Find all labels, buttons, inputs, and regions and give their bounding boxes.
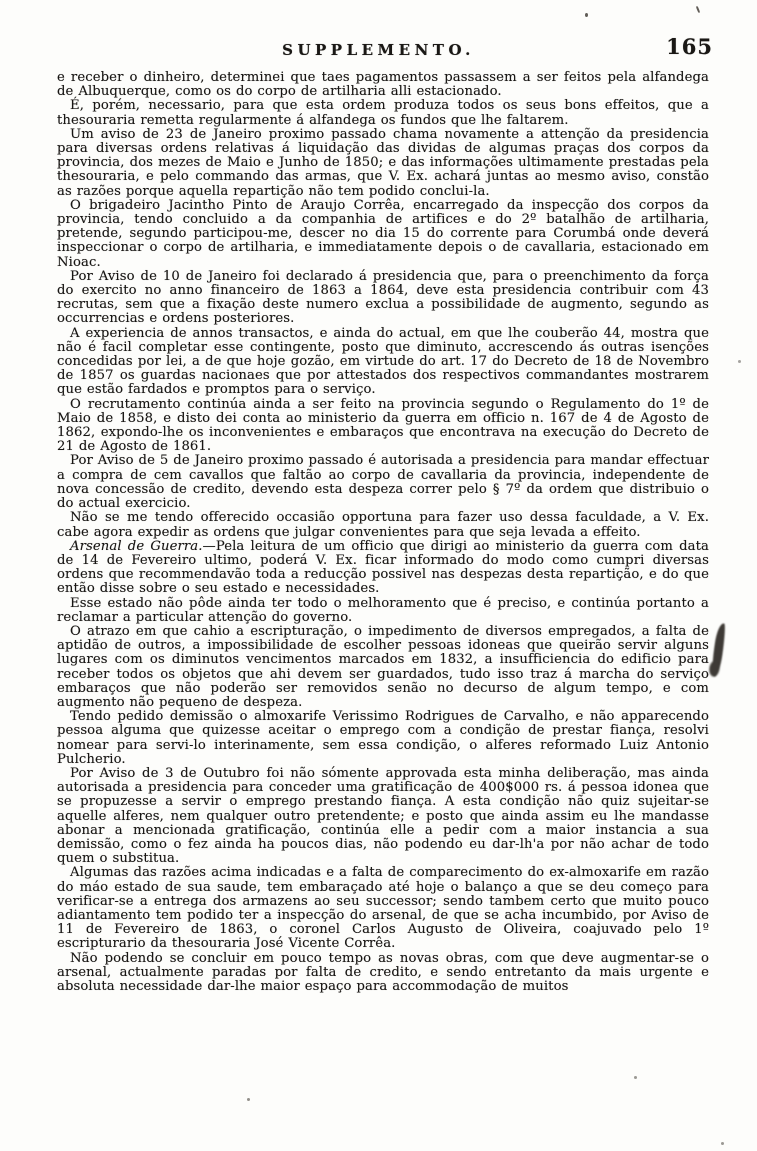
paragraph: e receber o dinheiro, determinei que tae… [57, 71, 709, 99]
paragraph: É, porém, necessario, para que esta orde… [57, 99, 709, 127]
paragraph: O atrazo em que cahio a escripturação, o… [57, 625, 709, 710]
paragraph: Tendo pedido demissão o almoxarife Veris… [57, 710, 709, 767]
ink-speck [634, 1076, 637, 1079]
paragraph: Não podendo se concluir em pouco tempo a… [57, 952, 709, 995]
paragraph: Por Aviso de 3 de Outubro foi não sóment… [57, 767, 709, 866]
paragraph: Por Aviso de 10 de Janeiro foi declarado… [57, 270, 709, 327]
paragraph: Arsenal de Guerra.—Pela leitura de um of… [57, 540, 709, 597]
paragraph-lead-italic: Arsenal de Guerra. [70, 539, 203, 554]
ink-speck [247, 1098, 250, 1101]
paragraph: Um aviso de 23 de Janeiro proximo passad… [57, 128, 709, 199]
ink-smudge [710, 623, 726, 678]
paragraph: O recrutamento continúa ainda a ser feit… [57, 398, 709, 455]
text-column: e receber o dinheiro, determinei que tae… [57, 71, 709, 994]
page-number: 165 [666, 34, 713, 59]
paragraph: O brigadeiro Jacintho Pinto de Araujo Co… [57, 199, 709, 270]
paragraph: Não se me tendo offerecido occasião oppo… [57, 511, 709, 539]
paragraph: Algumas das razões acima indicadas e a f… [57, 866, 709, 951]
paragraph: A experiencia de annos transactos, e ain… [57, 327, 709, 398]
ink-speck [738, 360, 741, 363]
ink-speck [721, 1142, 724, 1145]
page-title: SUPPLEMENTO. [0, 41, 757, 59]
ink-speck [585, 13, 588, 17]
scanned-page: SUPPLEMENTO. 165 e receber o dinheiro, d… [0, 0, 757, 1151]
paragraph: Por Aviso de 5 de Janeiro proximo passad… [57, 454, 709, 511]
paragraph: Esse estado não pôde ainda ter todo o me… [57, 597, 709, 625]
ink-speck [696, 6, 700, 13]
